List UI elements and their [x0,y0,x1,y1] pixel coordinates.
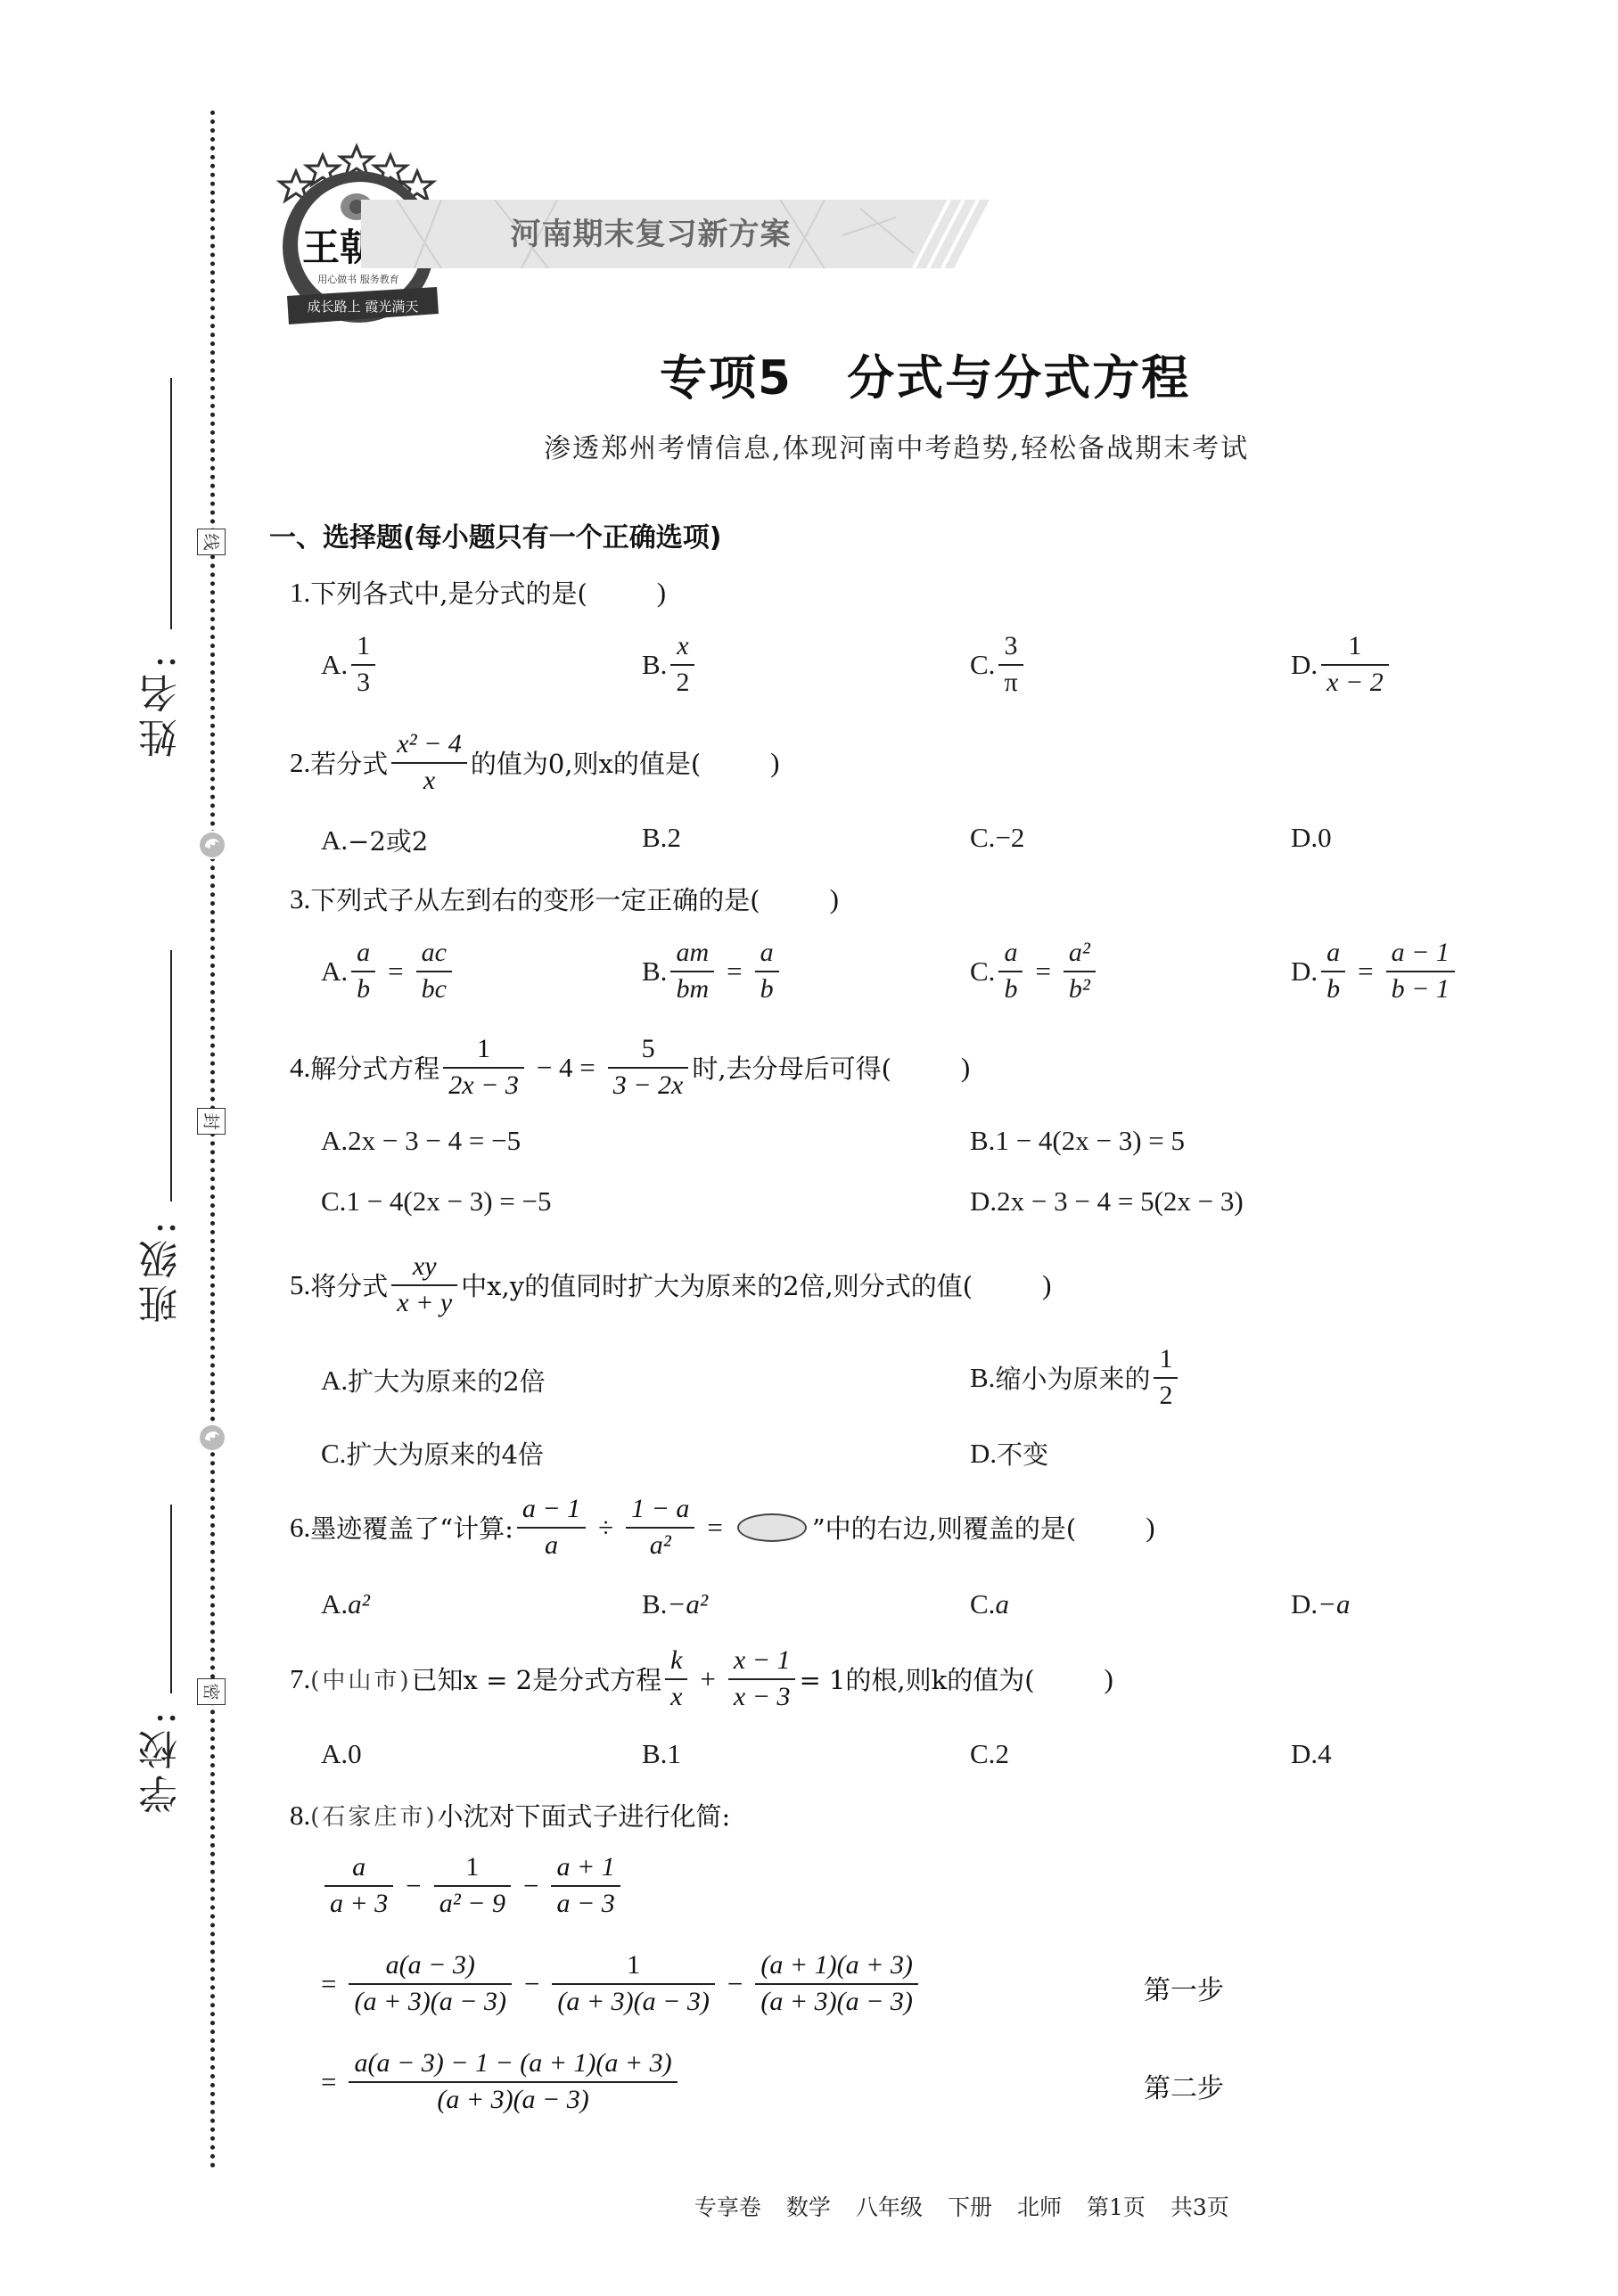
q5-option-b[interactable]: B. 缩小为原来的 12 [970,1344,1181,1411]
q3-option-d[interactable]: D. ab = a − 1b − 1 [1291,938,1458,1004]
question-4: 4. 解分式方程 12x − 3 − 4 = 53 − 2x 时,去分母后可得(… [290,1034,970,1101]
q6-option-a[interactable]: A.a² [321,1588,370,1620]
q2-option-d[interactable]: D.0 [1291,822,1332,854]
class-fill-line[interactable] [170,950,172,1201]
name-fill-line[interactable] [170,378,172,629]
q7-option-a[interactable]: A.0 [321,1738,362,1770]
seal-mi: 密 [197,1678,226,1705]
page-subtitle: 渗透郑州考情信息,体现河南中考趋势,轻松备战期末考试 [544,426,1249,465]
q8-expression-line0: aa + 3 − 1a² − 9 − a + 1a − 3 [321,1852,624,1919]
q2-option-a[interactable]: A.−2或2 [321,822,428,858]
seal-xian: 线 [197,529,226,555]
page-title: 专项5 分式与分式方程 [660,340,1190,408]
q3-option-a[interactable]: A. ab = acbc [321,938,456,1004]
q7-option-c[interactable]: C.2 [970,1738,1009,1770]
swirl-decoration-icon [198,831,226,859]
question-7: 7. (中山市) 已知x = 2是分式方程 kx + x − 1x − 3 = … [290,1645,1113,1712]
school-fill-line[interactable] [170,1505,172,1693]
q1-option-a[interactable]: A. 13 [321,631,379,698]
question-2: 2. 若分式 x² − 4x 的值为0,则x的值是( ) [290,729,780,796]
q3-option-c[interactable]: C. ab = a²b² [970,938,1099,1004]
section-heading: 一、选择题(每小题只有一个正确选项) [269,515,721,554]
q2-option-c[interactable]: C.−2 [970,822,1024,854]
question-5: 5. 将分式 xyx + y 中x,y的值同时扩大为原来的2倍,则分式的值( ) [290,1251,1051,1318]
banner-title: 河南期末复习新方案 [437,201,865,267]
question-1: 1. 下列各式中,是分式的是( ) [290,574,666,611]
q8-expression-line2: = a(a − 3) − 1 − (a + 1)(a + 3)(a + 3)(a… [321,2048,681,2115]
q6-option-c[interactable]: C.a [970,1588,1009,1620]
school-label: 学校: [134,1698,178,1814]
q7-option-b[interactable]: B.1 [642,1738,681,1770]
q5-option-a[interactable]: A.扩大为原来的2倍 [321,1362,546,1398]
q5-option-c[interactable]: C.扩大为原来的4倍 [321,1435,544,1472]
ink-blot-icon [737,1513,807,1542]
question-6: 6. 墨迹覆盖了“计算: a − 1a ÷ 1 − aa² = ”中的右边,则覆… [290,1494,1155,1561]
q4-option-a[interactable]: A.2x − 3 − 4 = −5 [321,1125,521,1157]
q8-expression-line1: = a(a − 3)(a + 3)(a − 3) − 1(a + 3)(a − … [321,1950,922,2017]
step-1-label: 第一步 [1144,1968,1224,2007]
question-3: 3. 下列式子从左到右的变形一定正确的是( ) [290,881,839,917]
q6-option-d[interactable]: D.−a [1291,1588,1351,1620]
q2-option-b[interactable]: B.2 [642,822,681,854]
step-2-label: 第二步 [1144,2066,1224,2105]
q6-option-b[interactable]: B.−a² [642,1588,708,1620]
seal-feng: 封 [197,1108,226,1135]
class-label: 班级: [134,1208,178,1324]
q1-option-b[interactable]: B. x2 [642,631,698,698]
q1-option-d[interactable]: D. 1x − 2 [1291,631,1392,698]
q4-option-d[interactable]: D.2x − 3 − 4 = 5(2x − 3) [970,1185,1244,1218]
q4-option-b[interactable]: B.1 − 4(2x − 3) = 5 [970,1125,1185,1157]
svg-text:用心做书 服务教育: 用心做书 服务教育 [317,273,399,285]
binding-dotted-line [210,111,215,2169]
swirl-decoration-icon [198,1423,226,1452]
page-footer: 专享卷数学八年级下册北师第1页共3页 [655,2164,1254,2222]
name-label: 姓名: [134,642,178,758]
q7-option-d[interactable]: D.4 [1291,1738,1332,1770]
q3-option-b[interactable]: B. ambm = ab [642,938,783,1004]
question-8: 8. (石家庄市) 小沈对下面式子进行化简: [290,1797,730,1833]
q5-option-d[interactable]: D.不变 [970,1435,1048,1472]
q4-option-c[interactable]: C.1 − 4(2x − 3) = −5 [321,1185,552,1218]
svg-text:成长路上 霞光满天: 成长路上 霞光满天 [308,299,419,315]
q1-option-c[interactable]: C. 3π [970,631,1027,698]
